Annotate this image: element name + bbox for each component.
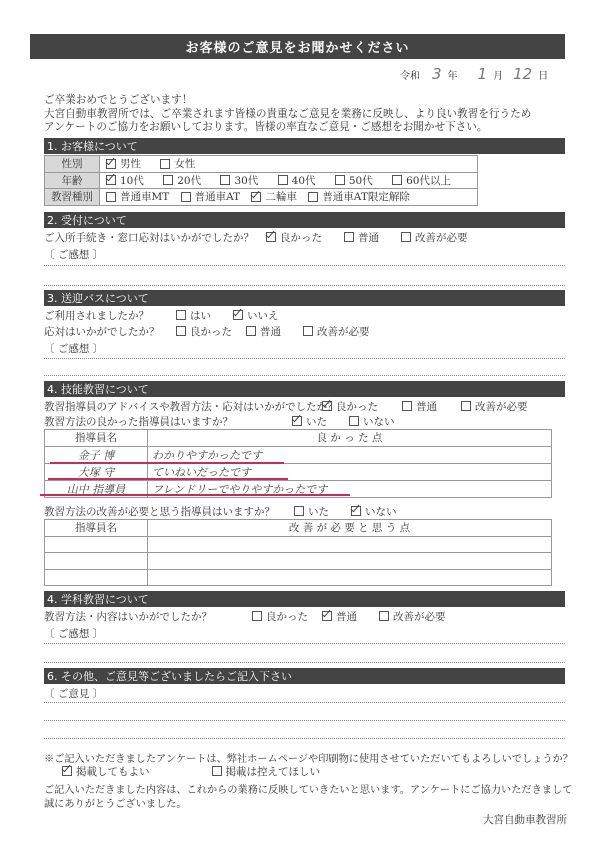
reception-comment-line[interactable] bbox=[44, 285, 565, 286]
improve-instructor-table: 指導員名 改 善 が 必 要 と 思 う 点 bbox=[44, 519, 552, 586]
gender-female-checkbox[interactable]: 女性 bbox=[160, 156, 195, 171]
reception-question: ご入所手続き・窓口応対はいかがでしたか？ bbox=[44, 230, 266, 245]
checkbox-icon bbox=[181, 192, 191, 202]
checkbox-icon bbox=[344, 232, 354, 242]
instructor-good-checkbox[interactable]: 良かった bbox=[322, 399, 378, 414]
bus-used-yes-checkbox[interactable]: はい bbox=[176, 308, 211, 323]
checkbox-icon bbox=[246, 326, 256, 336]
instructor-name-cell[interactable] bbox=[45, 569, 148, 586]
checkbox-icon bbox=[106, 192, 116, 202]
reception-comment-line[interactable] bbox=[44, 265, 565, 266]
intro-text: ご卒業おめでとうございます！ 大宮自動車教習所では、ご卒業されます皆様の貴重なご… bbox=[44, 94, 584, 135]
checkbox-icon bbox=[308, 192, 318, 202]
improve-points-header: 改 善 が 必 要 と 思 う 点 bbox=[148, 520, 552, 537]
checkbox-icon bbox=[252, 611, 262, 621]
bus-comment-line[interactable] bbox=[44, 375, 565, 376]
bus-service-improve-checkbox[interactable]: 改善が必要 bbox=[303, 324, 370, 339]
course-at-checkbox[interactable]: 普通車AT bbox=[181, 189, 241, 204]
reception-normal-checkbox[interactable]: 普通 bbox=[344, 230, 379, 245]
bus-service-good-checkbox[interactable]: 良かった bbox=[176, 324, 232, 339]
section-5-header: 4. 学科教習について bbox=[44, 591, 565, 607]
closing-line: 誠にありがとうございました。 bbox=[44, 798, 584, 812]
checkbox-icon bbox=[294, 506, 304, 516]
age-label: 年齢 bbox=[45, 172, 100, 189]
red-underline bbox=[50, 462, 284, 464]
lecture-good-checkbox[interactable]: 良かった bbox=[252, 609, 308, 624]
checkbox-icon bbox=[176, 310, 186, 320]
checkbox-icon bbox=[160, 159, 170, 169]
gender-row: 性別 男性 女性 bbox=[45, 156, 478, 173]
age-20s-checkbox[interactable]: 20代 bbox=[163, 173, 201, 188]
intro-line: 大宮自動車教習所では、ご卒業されます皆様の貴重なご意見を業務に反映し、より良い教… bbox=[44, 108, 584, 122]
customer-info-table: 性別 男性 女性 年齢 10代 20代 30代 40代 50代 60代以上 教習… bbox=[44, 155, 478, 206]
checkbox-icon bbox=[379, 611, 389, 621]
good-instructor-yes-checkbox[interactable]: いた bbox=[292, 414, 327, 429]
bus-service-row: 応対はいかがでしたか？ 良かった 普通 改善が必要 bbox=[44, 323, 386, 339]
lecture-normal-checkbox[interactable]: 普通 bbox=[322, 609, 357, 624]
checkbox-checked-icon bbox=[266, 232, 276, 242]
checkbox-checked-icon bbox=[62, 766, 72, 776]
table-row bbox=[45, 553, 552, 570]
course-type-label: 教習種別 bbox=[45, 189, 100, 206]
lecture-comment-line[interactable] bbox=[44, 643, 565, 644]
publish-allow-checkbox[interactable]: 掲載してもよい bbox=[62, 764, 150, 779]
improve-point-cell[interactable] bbox=[148, 553, 552, 570]
good-instructor-question: 教習方法の良かった指導員はいますか？ bbox=[44, 414, 292, 429]
bus-service-normal-checkbox[interactable]: 普通 bbox=[246, 324, 281, 339]
age-60s-plus-checkbox[interactable]: 60代以上 bbox=[392, 173, 451, 188]
instructor-normal-checkbox[interactable]: 普通 bbox=[402, 399, 437, 414]
opinion-comment-line[interactable] bbox=[44, 738, 565, 739]
lecture-comment-line[interactable] bbox=[44, 662, 565, 663]
course-mt-checkbox[interactable]: 普通車MT bbox=[106, 189, 169, 204]
instructor-advice-row: 教習指導員のアドバイスや教習方法・応対はいかがでしたか？ 良かった 普通 改善が… bbox=[44, 398, 544, 414]
table-header-row: 指導員名 良 か っ た 点 bbox=[45, 430, 552, 447]
bus-used-question: ご利用されましたか？ bbox=[44, 308, 176, 323]
day-value[interactable]: 12 bbox=[513, 65, 532, 83]
opinion-comment-label: 〔 ご意見 〕 bbox=[44, 685, 103, 701]
table-header-row: 指導員名 改 善 が 必 要 と 思 う 点 bbox=[45, 520, 552, 537]
reception-question-row: ご入所手続き・窓口応対はいかがでしたか？ 良かった 普通 改善が必要 bbox=[44, 229, 484, 245]
opinion-comment-line[interactable] bbox=[44, 720, 565, 721]
checkbox-icon bbox=[220, 175, 230, 185]
improve-instructor-yes-checkbox[interactable]: いた bbox=[294, 504, 329, 519]
course-type-row: 教習種別 普通車MT 普通車AT 二輪車 普通車AT限定解除 bbox=[45, 189, 478, 206]
day-label: 日 bbox=[538, 67, 548, 82]
checkbox-icon bbox=[212, 766, 222, 776]
intro-line: アンケートのご協力をお願いしております。皆様の率直なご意見・ご感想をお聞かせ下さ… bbox=[44, 121, 584, 135]
checkbox-icon bbox=[349, 416, 359, 426]
improve-point-cell[interactable] bbox=[148, 536, 552, 553]
instructor-advice-question: 教習指導員のアドバイスや教習方法・応対はいかがでしたか？ bbox=[44, 399, 322, 414]
instructor-name-header: 指導員名 bbox=[45, 520, 148, 537]
reception-comment-label: 〔 ご感想 〕 bbox=[44, 246, 103, 262]
checkbox-icon bbox=[392, 175, 402, 185]
publish-options-row: 掲載してもよい 掲載は控えてほしい bbox=[62, 763, 336, 779]
checkbox-icon bbox=[401, 232, 411, 242]
lecture-comment-label: 〔 ご感想 〕 bbox=[44, 625, 103, 641]
opinion-comment-line[interactable] bbox=[44, 702, 565, 703]
closing-text: ご記入いただきました内容は、これからの業務に反映していきたいと思います。アンケー… bbox=[44, 784, 584, 812]
month-value[interactable]: 1 bbox=[478, 65, 488, 83]
checkbox-checked-icon bbox=[251, 192, 261, 202]
lecture-question: 教習方法・内容はいかがでしたか？ bbox=[44, 609, 252, 624]
table-row bbox=[45, 569, 552, 586]
publish-deny-checkbox[interactable]: 掲載は控えてほしい bbox=[212, 764, 321, 779]
era-label: 令和 bbox=[400, 67, 420, 82]
year-label: 年 bbox=[448, 67, 458, 82]
checkbox-checked-icon bbox=[106, 175, 116, 185]
course-at-limit-removal-checkbox[interactable]: 普通車AT限定解除 bbox=[308, 189, 410, 204]
checkbox-icon bbox=[461, 401, 471, 411]
improve-instructor-question: 教習方法の改善が必要と思う指導員はいますか？ bbox=[44, 504, 294, 519]
section-2-header: 2. 受付について bbox=[44, 212, 565, 228]
instructor-name-cell[interactable]: 金子 博 bbox=[45, 446, 148, 463]
instructor-name-header: 指導員名 bbox=[45, 430, 148, 447]
reception-good-checkbox[interactable]: 良かった bbox=[266, 230, 322, 245]
red-underline bbox=[48, 478, 288, 480]
checkbox-icon bbox=[335, 175, 345, 185]
good-instructor-no-checkbox[interactable]: いない bbox=[349, 414, 395, 429]
instructor-name-cell[interactable] bbox=[45, 553, 148, 570]
checkbox-checked-icon bbox=[351, 506, 361, 516]
checkbox-icon bbox=[402, 401, 412, 411]
lecture-question-row: 教習方法・内容はいかがでしたか？ 良かった 普通 改善が必要 bbox=[44, 608, 462, 624]
checkbox-icon bbox=[163, 175, 173, 185]
checkbox-icon bbox=[176, 326, 186, 336]
age-row: 年齢 10代 20代 30代 40代 50代 60代以上 bbox=[45, 172, 478, 189]
instructor-improve-checkbox[interactable]: 改善が必要 bbox=[461, 399, 528, 414]
instructor-name-cell[interactable] bbox=[45, 536, 148, 553]
month-label: 月 bbox=[493, 67, 503, 82]
course-motorcycle-checkbox[interactable]: 二輪車 bbox=[251, 189, 297, 204]
good-point-cell[interactable]: わかりやすかったです bbox=[148, 446, 552, 463]
bus-service-question: 応対はいかがでしたか？ bbox=[44, 324, 176, 339]
checkbox-checked-icon bbox=[106, 159, 116, 169]
checkbox-checked-icon bbox=[233, 310, 243, 320]
checkbox-checked-icon bbox=[292, 416, 302, 426]
signature: 大宮自動車教習所 bbox=[483, 812, 567, 827]
age-50s-checkbox[interactable]: 50代 bbox=[335, 173, 373, 188]
section-6-header: 6. その他、ご意見等ございましたらご記入下さい bbox=[44, 668, 565, 684]
red-underline bbox=[40, 494, 350, 496]
age-30s-checkbox[interactable]: 30代 bbox=[220, 173, 258, 188]
date-field: 令和 3 年 1 月 12 日 bbox=[400, 64, 570, 84]
bus-used-no-checkbox[interactable]: いいえ bbox=[233, 308, 279, 323]
gender-label: 性別 bbox=[45, 156, 100, 173]
checkbox-checked-icon bbox=[322, 611, 332, 621]
good-points-header: 良 か っ た 点 bbox=[148, 430, 552, 447]
year-value[interactable]: 3 bbox=[432, 65, 442, 83]
section-4-header: 4. 技能教習について bbox=[44, 381, 565, 397]
improve-instructor-no-checkbox[interactable]: いない bbox=[351, 504, 397, 519]
checkbox-checked-icon bbox=[322, 401, 332, 411]
age-10s-checkbox[interactable]: 10代 bbox=[106, 173, 144, 188]
closing-line: ご記入いただきました内容は、これからの業務に反映していきたいと思います。アンケー… bbox=[44, 784, 584, 798]
age-40s-checkbox[interactable]: 40代 bbox=[278, 173, 316, 188]
gender-male-checkbox[interactable]: 男性 bbox=[106, 156, 141, 171]
improve-point-cell[interactable] bbox=[148, 569, 552, 586]
bus-comment-label: 〔 ご感想 〕 bbox=[44, 340, 103, 356]
bus-used-row: ご利用されましたか？ はい いいえ bbox=[44, 307, 295, 323]
checkbox-icon bbox=[278, 175, 288, 185]
bus-comment-line[interactable] bbox=[44, 358, 565, 359]
form-title: お客様のご意見をお聞かせください bbox=[30, 34, 565, 59]
improve-instructor-row: 教習方法の改善が必要と思う指導員はいますか？ いた いない bbox=[44, 503, 413, 519]
intro-line: ご卒業おめでとうございます！ bbox=[44, 94, 584, 108]
good-instructor-row: 教習方法の良かった指導員はいますか？ いた いない bbox=[44, 413, 411, 429]
table-row bbox=[45, 536, 552, 553]
checkbox-icon bbox=[303, 326, 313, 336]
section-1-header: 1. お客様について bbox=[44, 138, 565, 154]
section-3-header: 3. 送迎バスについて bbox=[44, 290, 565, 306]
reception-improve-checkbox[interactable]: 改善が必要 bbox=[401, 230, 468, 245]
lecture-improve-checkbox[interactable]: 改善が必要 bbox=[379, 609, 446, 624]
table-row: 金子 博 わかりやすかったです bbox=[45, 446, 552, 463]
